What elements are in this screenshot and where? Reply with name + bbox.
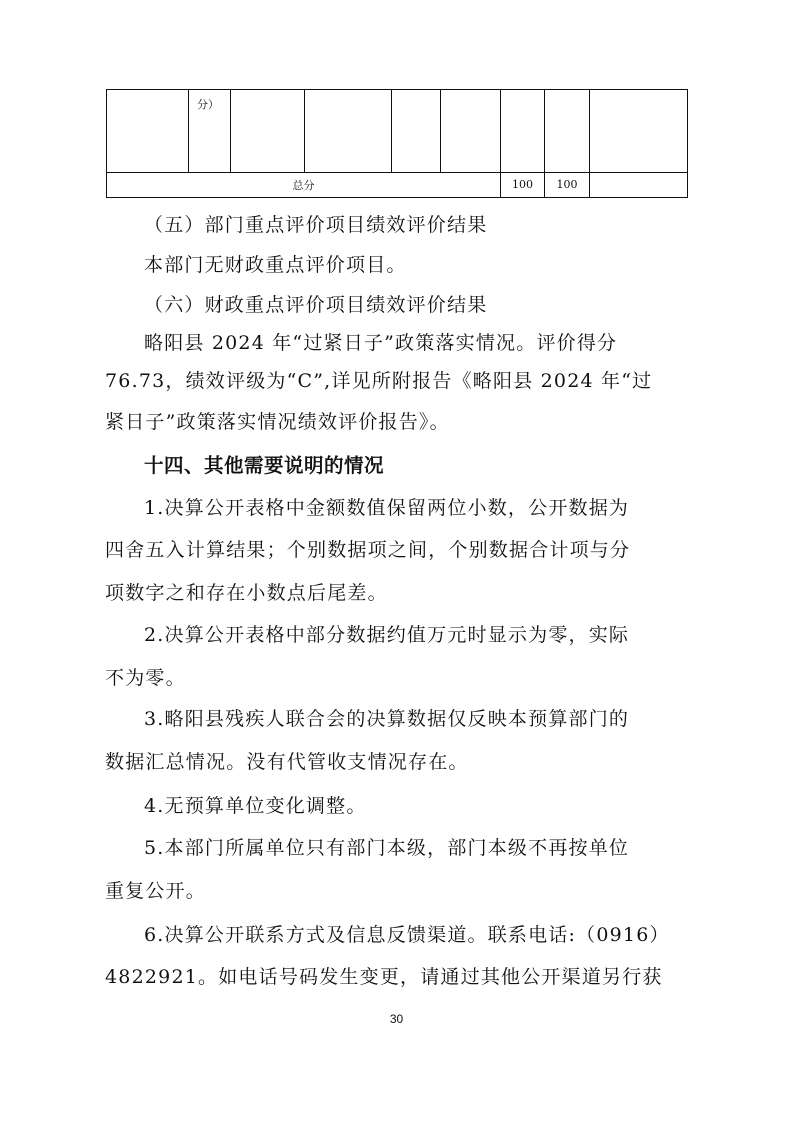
- section-5-heading: （五）部门重点评价项目绩效评价结果: [144, 214, 487, 236]
- table-cell: [392, 90, 441, 173]
- note-line: 3.略阳县残疾人联合会的决算数据仅反映本预算部门的: [144, 708, 629, 730]
- section-6-body-line: 紧日子”政策落实情况绩效评价报告》。: [105, 411, 450, 433]
- note-line: 1.决算公开表格中金额数值保留两位小数，公开数据为: [144, 497, 629, 519]
- score-table: 分） 总分 100 100: [106, 89, 688, 198]
- cell-text: 分）: [189, 90, 230, 112]
- section-14-heading: 十四、其他需要说明的情况: [144, 455, 384, 477]
- table-cell: [231, 90, 305, 173]
- note-line: 数据汇总情况。没有代管收支情况存在。: [105, 751, 469, 773]
- note-line: 6.决算公开联系方式及信息反馈渠道。联系电话:（0916）: [144, 924, 670, 946]
- table-cell: [590, 90, 688, 173]
- table-cell: [501, 90, 545, 173]
- section-5-body: 本部门无财政重点评价项目。: [144, 254, 407, 276]
- total-row: 总分 100 100: [107, 172, 688, 197]
- note-line: 重复公开。: [105, 880, 206, 902]
- note-line: 四舍五入计算结果；个别数据项之间，个别数据合计项与分: [105, 539, 630, 561]
- note-line: 4822921。如电话号码发生变更，请通过其他公开渠道另行获: [105, 966, 663, 988]
- table-row: 分）: [107, 90, 688, 173]
- table-cell: [107, 90, 189, 173]
- note-line: 不为零。: [105, 667, 186, 689]
- section-6-body-line: 略阳县 2024 年“过紧日子”政策落实情况。评价得分: [144, 332, 617, 354]
- table-cell: [305, 90, 392, 173]
- total-value-1: 100: [501, 172, 545, 197]
- total-value-3: [590, 172, 688, 197]
- table-cell: [545, 90, 590, 173]
- note-line: 5.本部门所属单位只有部门本级，部门本级不再按单位: [144, 837, 629, 859]
- total-label: 总分: [107, 172, 501, 197]
- table-cell: 分）: [189, 90, 231, 173]
- note-line: 2.决算公开表格中部分数据约值万元时显示为零，实际: [144, 624, 629, 646]
- section-6-heading: （六）财政重点评价项目绩效评价结果: [144, 294, 487, 316]
- page-number: 30: [0, 1012, 793, 1026]
- note-line: 4.无预算单位变化调整。: [144, 795, 367, 817]
- section-6-body-line: 76.73，绩效评级为“C”,详见所附报告《略阳县 2024 年“过: [105, 370, 652, 392]
- total-value-2: 100: [545, 172, 590, 197]
- table-cell: [441, 90, 501, 173]
- note-line: 项数字之和存在小数点后尾差。: [105, 582, 388, 604]
